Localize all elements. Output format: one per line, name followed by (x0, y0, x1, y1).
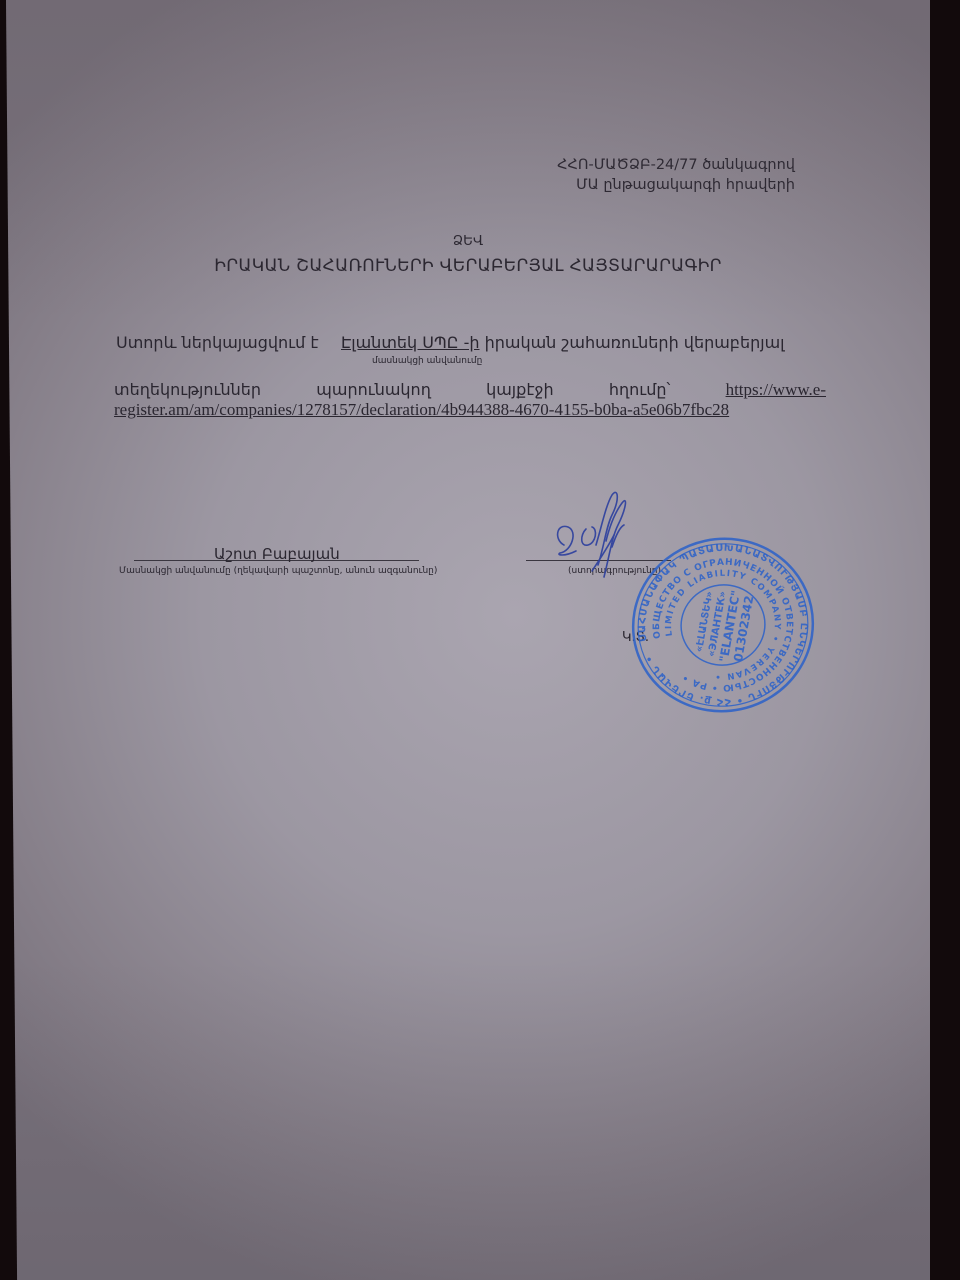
info-word-4: հղումը՝ (609, 380, 670, 400)
signatory-caption: Մասնակցի անվանումը (ղեկավարի պաշտոնը, ան… (119, 566, 437, 576)
info-line: տեղեկություններ պարունակող կայքէջի հղում… (114, 380, 826, 400)
statement-prefix: Ստորև ներկայացվում է (116, 333, 319, 352)
signatory-name: Աշոտ Բաբայան (214, 545, 340, 563)
reference-line-1: ՀՀՈ-ՄԱԾՁԲ-24/77 ծանկագրով (557, 157, 795, 173)
company-caption: մասնակցի անվանումը (372, 356, 482, 366)
declaration-link-part-2[interactable]: register.am/am/companies/1278157/declara… (114, 400, 729, 420)
declaration-link-part-1[interactable]: https://www.e- (726, 380, 826, 400)
statement-company: Էլանտեկ ՍՊԸ -ի իրական շահառուների վերաբե… (341, 333, 785, 352)
info-word-1: տեղեկություններ (114, 380, 261, 400)
info-word-3: կայքէջի (486, 380, 554, 400)
company-stamp: ՍԱՀՄԱՆԱՓԱԿ ՊԱՏԱՍԽԱՆԱՏՎՈՒԹՅԱՄԲ ԸՆԿԵՐՈՒԹՅՈ… (628, 535, 818, 715)
info-word-2: պարունակող (316, 380, 431, 400)
document-title: ԻՐԱԿԱՆ ՇԱՀԱՌՈՒՆԵՐԻ ՎԵՐԱԲԵՐՅԱԼ ՀԱՅՏԱՐԱՐԱԳ… (6, 256, 930, 276)
company-name: Էլանտեկ ՍՊԸ -ի (341, 333, 479, 352)
document-page: ՀՀՈ-ՄԱԾՁԲ-24/77 ծանկագրով ՄԱ ընթացակարգի… (6, 0, 930, 1280)
reference-line-2: ՄԱ ընթացակարգի հրավերի (576, 177, 795, 193)
form-label: ՁԵՎ (6, 233, 930, 249)
statement-suffix: իրական շահառուների վերաբերյալ (479, 333, 784, 352)
